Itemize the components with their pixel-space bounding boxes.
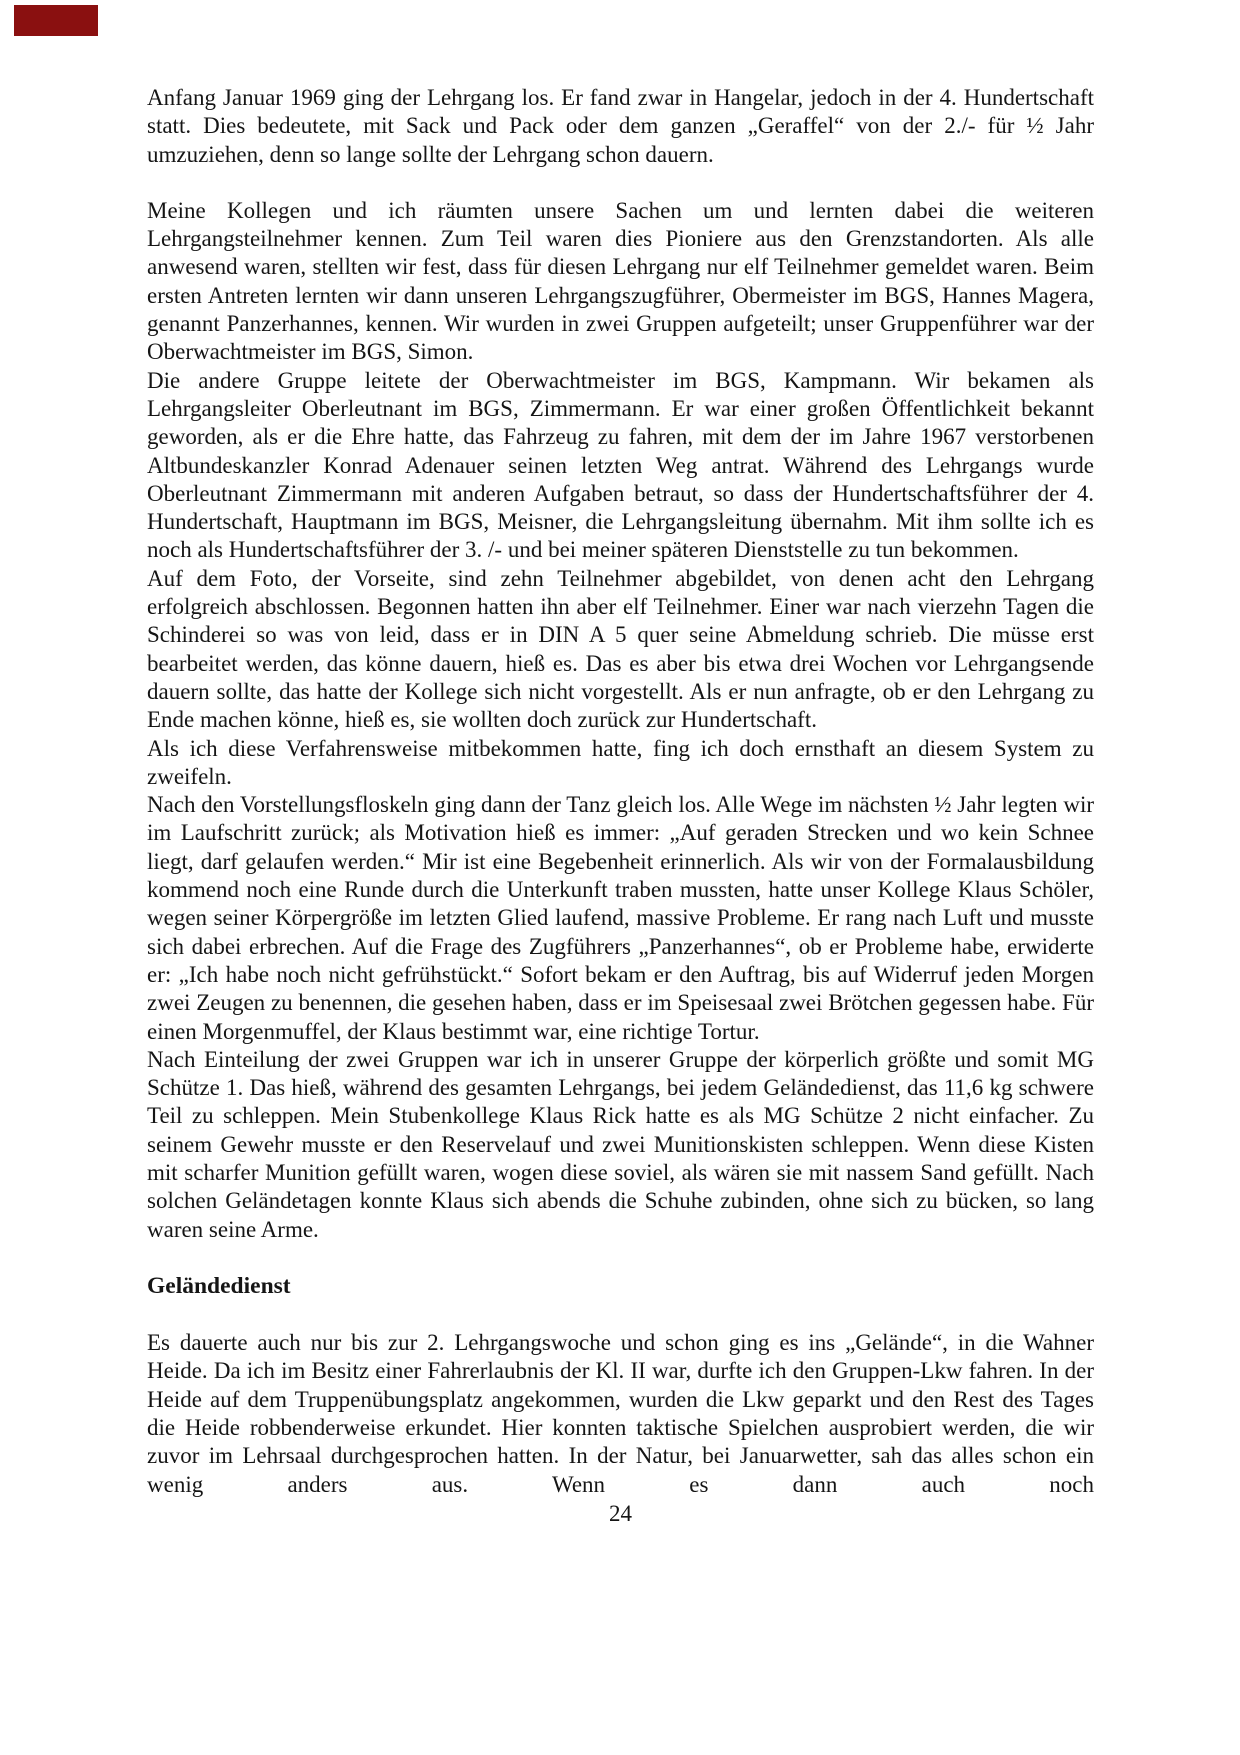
- paragraph: Die andere Gruppe leitete der Oberwachtm…: [147, 367, 1094, 565]
- paragraph-intro: Anfang Januar 1969 ging der Lehrgang los…: [147, 84, 1094, 169]
- document-page: Anfang Januar 1969 ging der Lehrgang los…: [0, 0, 1240, 1755]
- paragraph-last: Es dauerte auch nur bis zur 2. Lehrgangs…: [147, 1329, 1094, 1499]
- paragraph: Als ich diese Verfahrensweise mitbekomme…: [147, 735, 1094, 792]
- page-number: 24: [147, 1500, 1094, 1528]
- paragraph: Nach den Vorstellungsfloskeln ging dann …: [147, 791, 1094, 1046]
- paragraph: Nach Einteilung der zwei Gruppen war ich…: [147, 1046, 1094, 1244]
- section-heading: Geländedienst: [147, 1272, 1094, 1300]
- page-body: Anfang Januar 1969 ging der Lehrgang los…: [147, 84, 1094, 1528]
- paragraph: Meine Kollegen und ich räumten unsere Sa…: [147, 197, 1094, 367]
- paragraph: Auf dem Foto, der Vorseite, sind zehn Te…: [147, 565, 1094, 735]
- paragraph-block: Meine Kollegen und ich räumten unsere Sa…: [147, 197, 1094, 1244]
- redaction-mark: [14, 5, 98, 36]
